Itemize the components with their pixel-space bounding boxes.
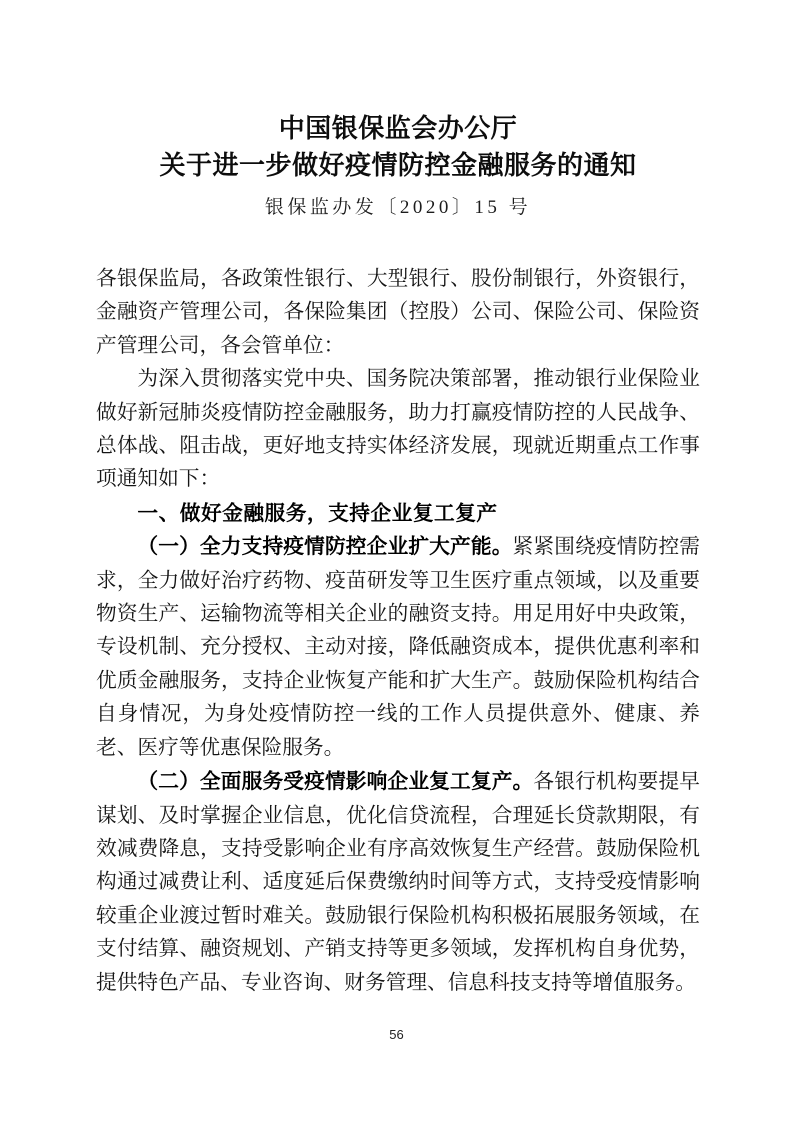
section-1-heading: 一、做好金融服务，支持企业复工复产 [96, 497, 700, 530]
paragraph-2-bold-lead: （二）全面服务受疫情影响企业复工复产。 [137, 770, 533, 793]
document-content-column: 中国银保监会办公厅 关于进一步做好疫情防控金融服务的通知 银保监办发〔2020〕… [0, 0, 793, 1000]
paragraph-1: （一）全力支持疫情防控企业扩大产能。紧紧围绕疫情防控需求，全力做好治疗药物、疫苗… [96, 530, 700, 765]
paragraph-1-text: 紧紧围绕疫情防控需求，全力做好治疗药物、疫苗研发等卫生医疗重点领域，以及重要物资… [96, 536, 700, 758]
document-number: 银保监办发〔2020〕15 号 [96, 196, 700, 220]
document-title-line2: 关于进一步做好疫情防控金融服务的通知 [96, 147, 700, 184]
intro-paragraph: 为深入贯彻落实党中央、国务院决策部署，推动银行业保险业做好新冠肺炎疫情防控金融服… [96, 363, 700, 497]
page-number: 56 [0, 1026, 793, 1044]
paragraph-1-bold-lead: （一）全力支持疫情防控企业扩大产能。 [137, 535, 512, 558]
document-header: 中国银保监会办公厅 关于进一步做好疫情防控金融服务的通知 银保监办发〔2020〕… [96, 0, 700, 220]
document-body: 各银保监局，各政策性银行、大型银行、股份制银行，外资银行，金融资产管理公司，各保… [96, 263, 700, 1000]
paragraph-2-text: 各银行机构要提早谋划、及时掌握企业信息，优化信贷流程，合理延长贷款期限，有效减费… [96, 771, 700, 993]
document-title-line1: 中国银保监会办公厅 [96, 110, 700, 147]
scanned-document-page: 中国银保监会办公厅 关于进一步做好疫情防控金融服务的通知 银保监办发〔2020〕… [0, 0, 793, 1121]
recipients-paragraph: 各银保监局，各政策性银行、大型银行、股份制银行，外资银行，金融资产管理公司，各保… [96, 263, 700, 363]
paragraph-2: （二）全面服务受疫情影响企业复工复产。各银行机构要提早谋划、及时掌握企业信息，优… [96, 765, 700, 1000]
